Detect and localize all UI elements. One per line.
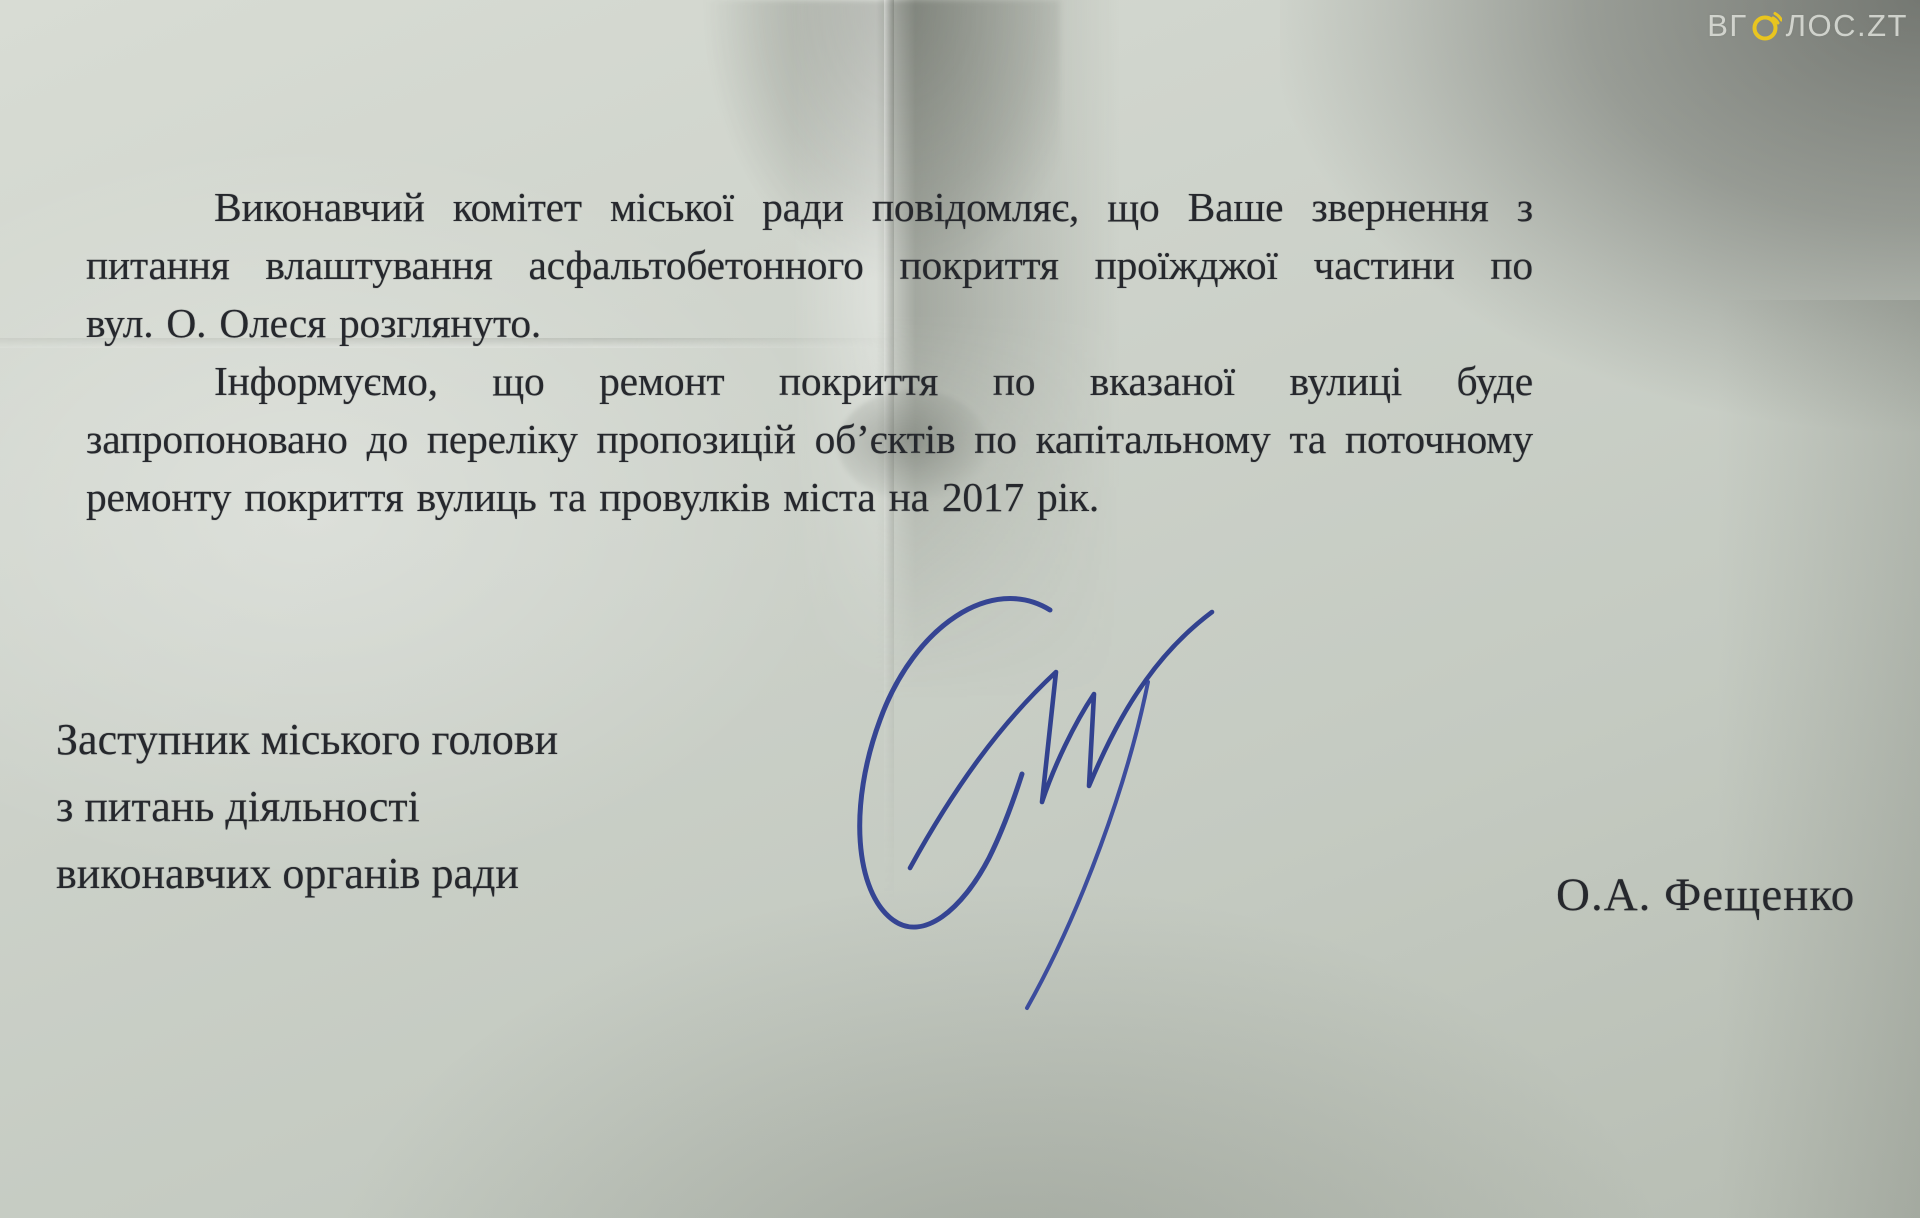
paragraph1-line3: вул.О.Олесярозглянуто. [86,294,1533,352]
word: проїжджої [1095,236,1278,294]
word: частини [1314,236,1455,294]
position-line3: виконавчих органів ради [56,840,558,907]
word: повідомляє, [872,178,1079,236]
word: з [1517,178,1533,236]
word: О. [166,294,206,352]
paragraph1-line2: питаннявлаштуванняасфальтобетонногопокри… [86,236,1533,294]
word: ради [762,178,844,236]
word: міської [610,178,734,236]
word: по [993,352,1036,410]
position-line2: з питань діяльності [56,773,558,840]
watermark-prefix: ВГ [1707,8,1747,44]
word: влаштування [265,236,492,294]
word: переліку [427,410,578,468]
word: запропоновано [86,410,348,468]
word: поточному [1345,410,1533,468]
word: та [550,468,587,526]
word: до [367,410,408,468]
word: провулків [599,468,770,526]
paragraph2-line1: Інформуємо,щоремонтпокриттяповказаноївул… [86,352,1533,410]
word: вулиці [1289,352,1402,410]
word: питання [86,236,230,294]
word: Інформуємо, [214,352,438,410]
word: покриття [779,352,938,410]
word: Виконавчий [214,178,425,236]
word: звернення [1311,178,1488,236]
document-photo: ВГ ЛОС.ZT Виконавчийкомітетміськоїрадипо… [0,0,1920,1218]
word: покриття [899,236,1058,294]
word: буде [1457,352,1533,410]
word: що [1107,178,1159,236]
word: асфальтобетонного [528,236,863,294]
word: ремонту [86,468,231,526]
watermark: ВГ ЛОС.ZT [1707,8,1908,44]
watermark-suffix: ЛОС.ZT [1786,8,1908,44]
word: пропозицій [597,410,796,468]
word: по [1490,236,1533,294]
word: ремонт [599,352,724,410]
signature-ink [792,458,1242,1028]
position-line1: Заступник міського голови [56,706,558,773]
word: Олеся [219,294,326,352]
word: покриття [244,468,403,526]
word: та [1289,410,1326,468]
word: розглянуто. [339,294,541,352]
paragraph1-line1: Виконавчийкомітетміськоїрадиповідомляє,щ… [86,178,1533,236]
signatory-position: Заступник міського голови з питань діяль… [56,706,558,907]
word: що [492,352,544,410]
right-edge-shadow [1680,300,1920,1218]
word: комітет [453,178,582,236]
signatory-name: О.А. Фещенко [1556,868,1855,922]
word: вказаної [1090,352,1235,410]
megaphone-icon [1751,10,1783,42]
word: вул. [86,294,153,352]
word: Ваше [1188,178,1284,236]
word: вулиць [417,468,537,526]
